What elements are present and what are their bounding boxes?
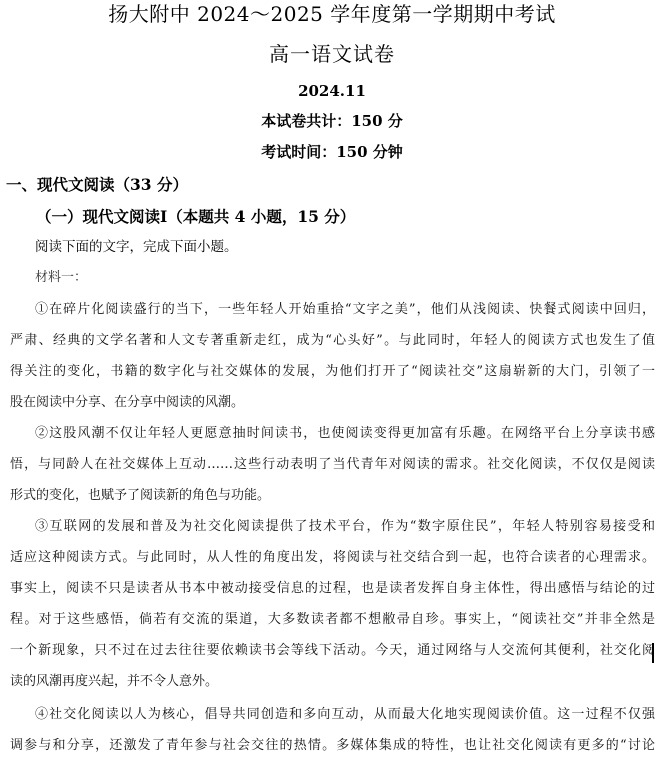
paragraph-line: 程。对于这些感悟，倘若有交流的渠道，大多数读者都不想敝帚自珍。事实上，“阅读社交… bbox=[10, 610, 655, 630]
subsection-heading: （一）现代文阅读Ⅰ（本题共 4 小题，15 分） bbox=[36, 205, 355, 229]
paragraph-line: ②这股风潮不仅让年轻人更愿意抽时间读书，也使阅读变得更加富有乐趣。在网络平台上分… bbox=[35, 424, 655, 444]
exam-title: 扬大附中 2024～2025 学年度第一学期期中考试 bbox=[0, 0, 664, 28]
paragraph-line: 形式的变化，也赋予了阅读新的角色与功能。 bbox=[10, 486, 655, 506]
reading-instruction: 阅读下面的文字，完成下面小题。 bbox=[35, 236, 238, 258]
paragraph-line: ④社交化阅读以人为核心，倡导共同创造和多向互动，从而最大化地实现阅读价值。这一过… bbox=[35, 705, 655, 725]
paragraph-line: 悟，与同龄人在社交媒体上互动……这些行动表明了当代青年对阅读的需求。社交化阅读，… bbox=[10, 455, 655, 475]
paragraph-line: 读的风潮再度兴起，并不令人意外。 bbox=[10, 672, 655, 692]
paragraph-line: 事实上，阅读不只是读者从书本中被动接受信息的过程，也是读者发挥自身主体性，得出感… bbox=[10, 579, 655, 599]
text-cursor[interactable] bbox=[652, 643, 654, 663]
paragraph-line: 严肃、经典的文学名著和人文专著重新走红，成为“心头好”。与此同时，年轻人的阅读方… bbox=[10, 331, 655, 351]
exam-subtitle: 高一语文试卷 bbox=[0, 40, 664, 68]
section-heading: 一、现代文阅读（33 分） bbox=[6, 173, 188, 197]
material-label: 材料一： bbox=[35, 267, 87, 289]
paragraph-line: 调参与和分享，还激发了青年参与社会交往的热情。多媒体集成的特性，也让社交化阅读有… bbox=[10, 736, 655, 756]
total-score: 本试卷共计：150 分 bbox=[0, 110, 664, 132]
paragraph-line: 适应这种阅读方式。与此同时，从人性的角度出发，将阅读与社交结合到一起，也符合读者… bbox=[10, 548, 655, 568]
document-page: 扬大附中 2024～2025 学年度第一学期期中考试 高一语文试卷 2024.1… bbox=[0, 0, 664, 761]
paragraph-line: 得关注的变化，书籍的数字化与社交媒体的发展，为他们打开了“阅读社交”这扇崭新的大… bbox=[10, 362, 655, 382]
exam-date: 2024.11 bbox=[0, 80, 664, 102]
paragraph-line: 一个新现象，只不过在过去往往要依赖读书会等线下活动。今天，通过网络与人交流何其便… bbox=[10, 641, 655, 661]
exam-time: 考试时间：150 分钟 bbox=[0, 141, 664, 163]
paragraph-line: 股在阅读中分享、在分享中阅读的风潮。 bbox=[10, 393, 655, 413]
paragraph-line: ①在碎片化阅读盛行的当下，一些年轻人开始重拾“文字之美”，他们从浅阅读、快餐式阅… bbox=[35, 300, 655, 320]
paragraph-line: ③互联网的发展和普及为社交化阅读提供了技术平台，作为“数字原住民”，年轻人特别容… bbox=[35, 517, 655, 537]
